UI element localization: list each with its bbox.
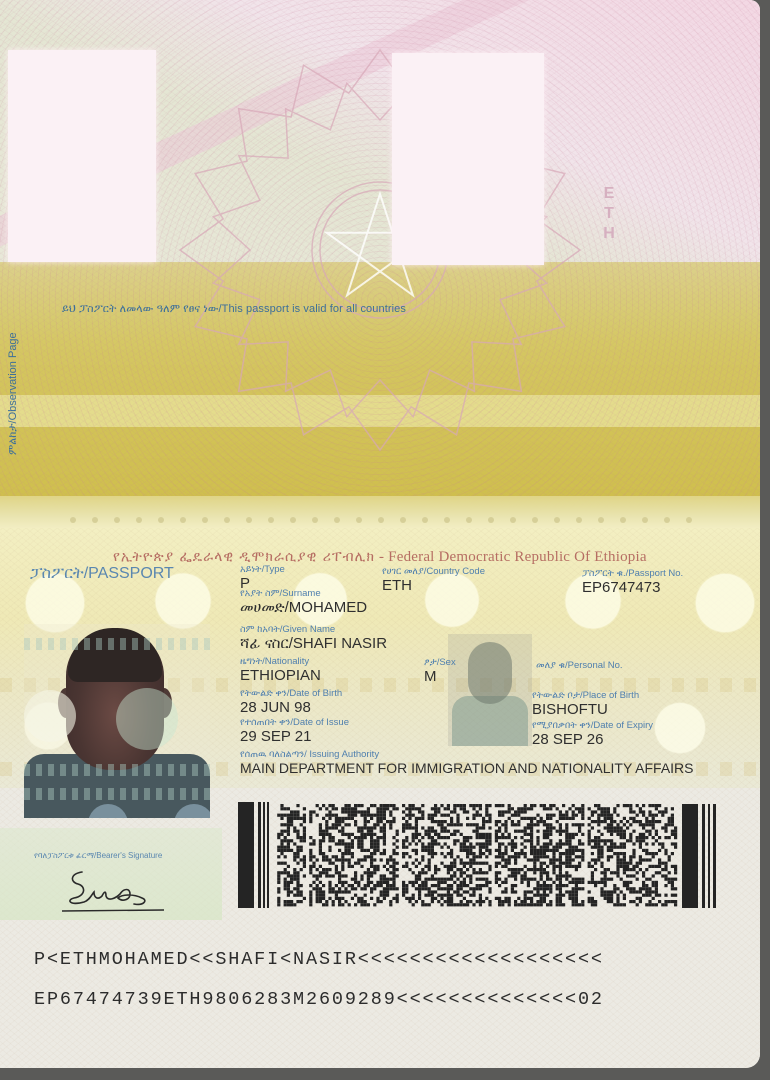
- perforation-dot: [202, 517, 208, 523]
- observation-page: E T H ይህ ፓስፖርት ለመላው ዓለም የፀና ነው/This pass…: [0, 0, 760, 528]
- field-sex: ፆታ/Sex M: [424, 657, 456, 685]
- perforation-dot: [488, 517, 494, 523]
- perforation-dot: [312, 517, 318, 523]
- bearer-signature: [60, 866, 170, 916]
- perforation-dot: [576, 517, 582, 523]
- field-issuing-authority: የሰጠዉ ባለስልጣን/ Issuing Authority MAIN DEPA…: [240, 749, 694, 777]
- pdf417-barcode: [236, 796, 732, 914]
- ghost-photo: [448, 634, 532, 746]
- perforation-dot: [136, 517, 142, 523]
- passport-booklet: E T H ይህ ፓስፖርት ለመላው ዓለም የፀና ነው/This pass…: [0, 0, 760, 1068]
- data-page: የኢትዮጵያ ፌዴራላዊ ዲሞክራሲያዊ ሪፐብሊክ - Federal Dem…: [0, 528, 760, 1068]
- perforation-dot: [378, 517, 384, 523]
- perforation-dot: [642, 517, 648, 523]
- field-country-code: የሀገር መለያ/Country Code ETH: [382, 566, 485, 594]
- perforation-dot: [422, 517, 428, 523]
- field-place-of-birth: የትውልድ ቦታ/Place of Birth BISHOFTU: [532, 690, 639, 718]
- perforation-dot: [70, 517, 76, 523]
- perforation-dot: [598, 517, 604, 523]
- perforation-dot: [114, 517, 120, 523]
- field-personal-number: መለያ ቁ/Personal No.: [536, 660, 623, 671]
- mrz-line-1: P<ETHMOHAMED<<SHAFI<NASIR<<<<<<<<<<<<<<<…: [34, 949, 604, 970]
- mrz-line-2: EP67474739ETH9806283M2609289<<<<<<<<<<<<…: [34, 989, 604, 1010]
- perforation-dot: [620, 517, 626, 523]
- perforation-dot: [664, 517, 670, 523]
- field-given-name: ስም ከአባት/Given Name ሻፊ ናስር/SHAFI NASIR: [240, 624, 387, 652]
- perforation-dot: [334, 517, 340, 523]
- perforation-dot: [356, 517, 362, 523]
- holder-photo: [24, 624, 210, 818]
- perforation-dot: [400, 517, 406, 523]
- signature-label: የባለፓስፖርቱ ፊርማ/Bearer's Signature: [34, 851, 162, 861]
- security-ring: [690, 568, 760, 638]
- page-fold: [0, 496, 760, 528]
- blank-observation-box: [8, 50, 156, 262]
- field-surname: የአያት ስም/Surname መሀመድ/MOHAMED: [240, 588, 367, 616]
- eth-watermark: E T H: [600, 184, 618, 244]
- field-date-of-birth: የትውልድ ቀን/Date of Birth 28 JUN 98: [240, 688, 342, 716]
- perforation-dot: [510, 517, 516, 523]
- field-passport-number: ፓስፖርት ቁ./Passport No. EP6747473: [582, 568, 683, 596]
- perforation-dot: [224, 517, 230, 523]
- field-date-of-issue: የተሰጠበት ቀን/Date of Issue 29 SEP 21: [240, 717, 349, 745]
- blank-observation-box: [392, 53, 544, 265]
- perforation-dot: [180, 517, 186, 523]
- perforation-dot: [444, 517, 450, 523]
- observation-page-label: ምልከታ/Observation Page: [7, 332, 20, 455]
- issuing-state-name: የኢትዮጵያ ፌዴራላዊ ዲሞክራሲያዊ ሪፐብሊክ - Federal Dem…: [113, 549, 647, 566]
- field-date-of-expiry: የሚያበቃበት ቀን/Date of Expiry 28 SEP 26: [532, 720, 653, 748]
- perforation-dot: [290, 517, 296, 523]
- field-nationality: ዜግነት/Nationality ETHIOPIAN: [240, 656, 321, 684]
- validity-statement: ይህ ፓስፖርት ለመላው ዓለም የፀና ነው/This passport i…: [62, 303, 406, 316]
- perforation-dot: [686, 517, 692, 523]
- perforation-dot: [532, 517, 538, 523]
- perforation-dot: [268, 517, 274, 523]
- perforation-dot: [92, 517, 98, 523]
- perforation-dot: [466, 517, 472, 523]
- perforation-dot: [246, 517, 252, 523]
- perforation-dot: [158, 517, 164, 523]
- document-title: ፓስፖርት/PASSPORT: [30, 565, 174, 583]
- perforation-dot: [554, 517, 560, 523]
